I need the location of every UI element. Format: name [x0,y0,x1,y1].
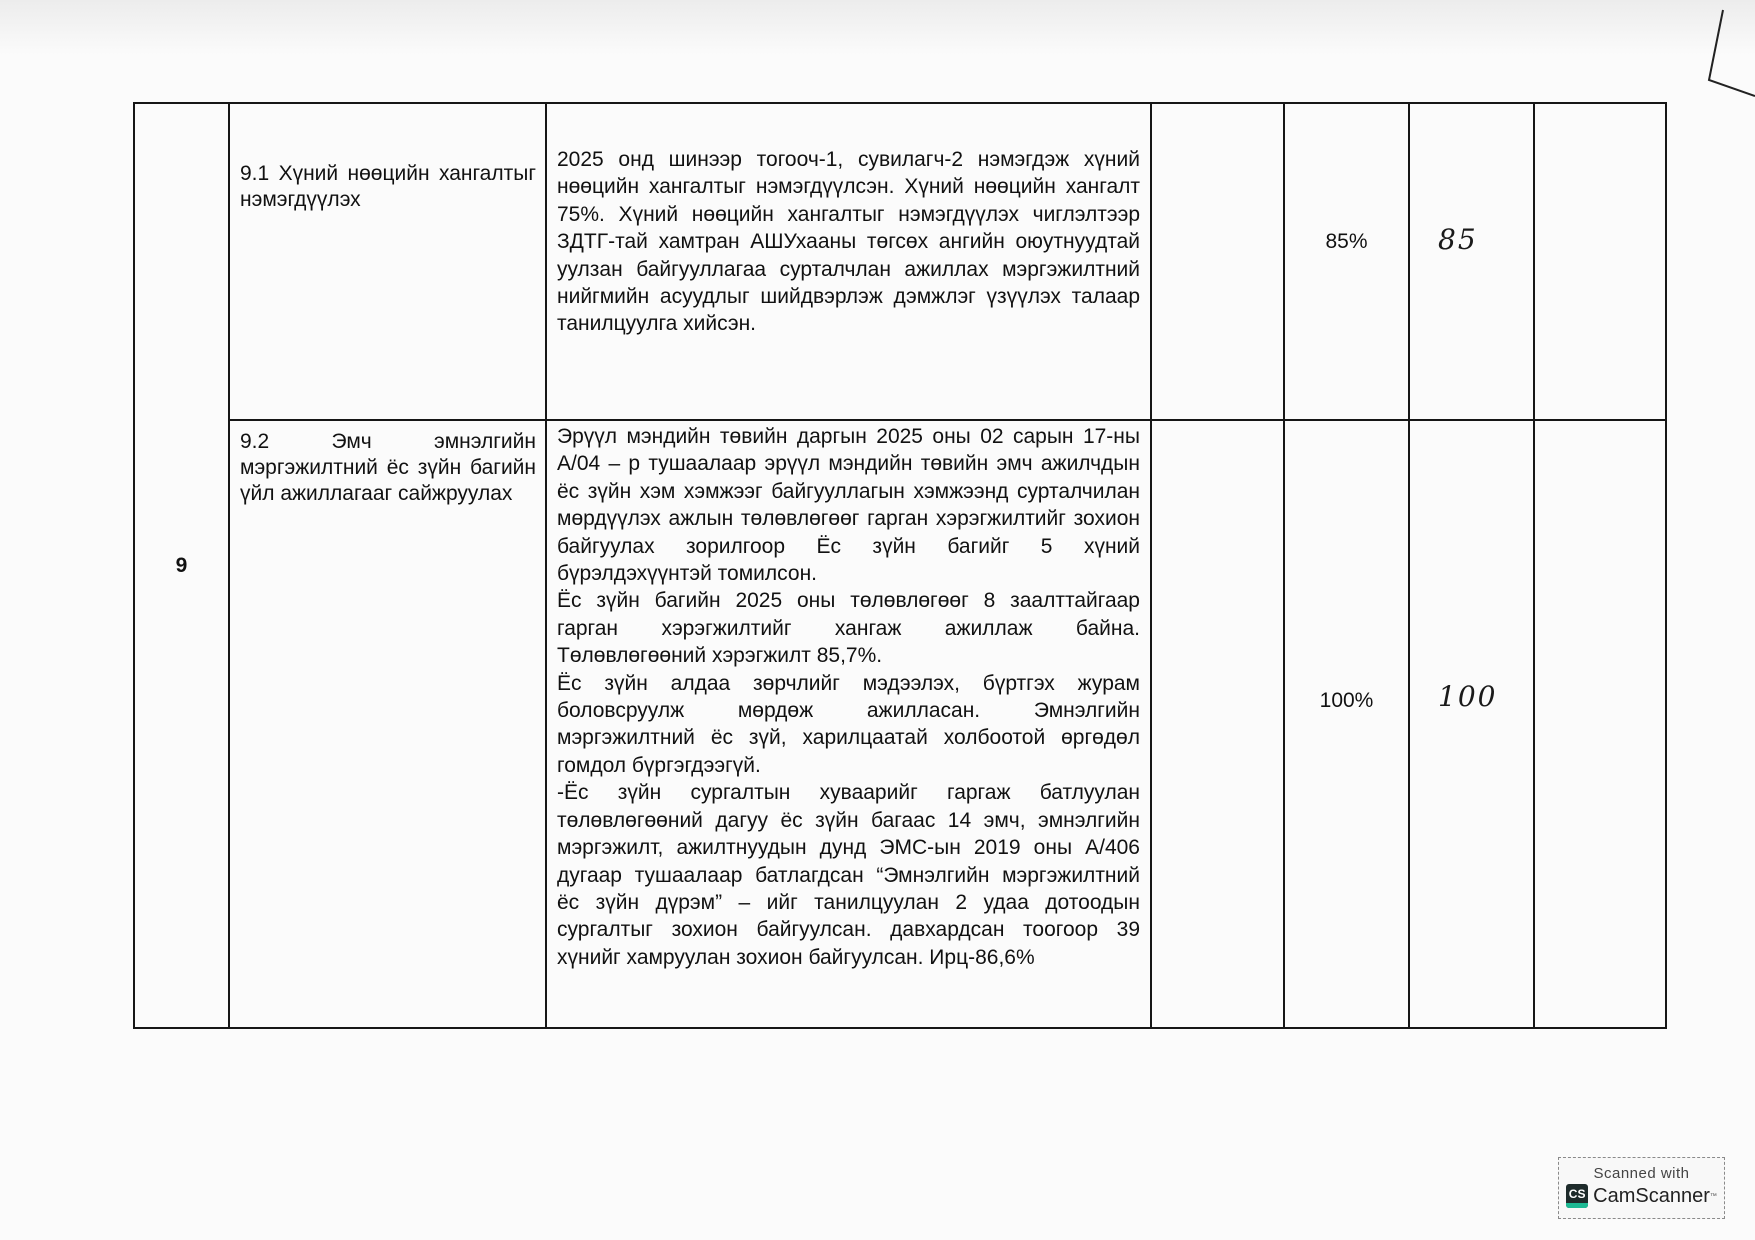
target-value: 100% [1320,689,1374,712]
task-text: 9.2 Эмч эмнэлгийн мэргэжилтний ёс зүйн б… [230,421,545,507]
description-text: Эрүүл мэндийн төвийн даргын 2025 оны 02 … [547,421,1150,971]
watermark-brand: CamScanner [1593,1185,1710,1208]
description-paragraph: Ёс зүйн багийн 2025 оны төлөвлөгөөг 8 за… [557,587,1140,669]
page-corner-mark [1695,8,1755,98]
watermark-brand-row: CS CamScanner ™ [1559,1184,1724,1208]
description-cell: Эрүүл мэндийн төвийн даргын 2025 оны 02 … [546,420,1151,1028]
task-text: 9.1 Хүний нөөцийн хангалтыг нэмэгдүүлэх [230,104,545,213]
table-row: 9 9.1 Хүний нөөцийн хангалтыг нэмэгдүүлэ… [134,103,1666,420]
task-cell: 9.1 Хүний нөөцийн хангалтыг нэмэгдүүлэх [229,103,546,420]
target-value: 85% [1325,230,1367,253]
trademark-symbol: ™ [1710,1193,1717,1200]
score-cell: 85 [1409,103,1534,420]
task-cell: 9.2 Эмч эмнэлгийн мэргэжилтний ёс зүйн б… [229,420,546,1028]
description-paragraph: 2025 онд шинээр тогооч-1, сувилагч-2 нэм… [557,146,1140,338]
description-cell: 2025 онд шинээр тогооч-1, сувилагч-2 нэм… [546,103,1151,420]
table-row: 9.2 Эмч эмнэлгийн мэргэжилтний ёс зүйн б… [134,420,1666,1028]
description-text: 2025 онд шинээр тогооч-1, сувилагч-2 нэм… [547,104,1150,338]
scan-shadow [0,0,1755,55]
description-paragraph: Ёс зүйн алдаа зөрчлийг мэдээлэх, бүртгэх… [557,670,1140,780]
target-cell: 85% [1284,103,1409,420]
handwritten-score: 100 [1410,680,1497,713]
empty-cell [1151,103,1284,420]
handwritten-score: 85 [1410,223,1478,256]
watermark-caption: Scanned with [1559,1165,1724,1182]
evaluation-table: 9 9.1 Хүний нөөцийн хангалтыг нэмэгдүүлэ… [133,102,1667,1029]
group-number-cell: 9 [134,103,229,1028]
camscanner-watermark: Scanned with CS CamScanner ™ [1558,1157,1725,1219]
description-paragraph: Эрүүл мэндийн төвийн даргын 2025 оны 02 … [557,423,1140,587]
camscanner-logo-icon: CS [1566,1184,1588,1208]
description-paragraph: -Ёс зүйн сургалтын хуваарийг гаргаж батл… [557,779,1140,971]
empty-cell [1151,420,1284,1028]
group-number: 9 [176,554,188,577]
target-cell: 100% [1284,420,1409,1028]
empty-cell [1534,103,1666,420]
score-cell: 100 [1409,420,1534,1028]
empty-cell [1534,420,1666,1028]
document-table-container: 9 9.1 Хүний нөөцийн хангалтыг нэмэгдүүлэ… [133,102,1667,1029]
